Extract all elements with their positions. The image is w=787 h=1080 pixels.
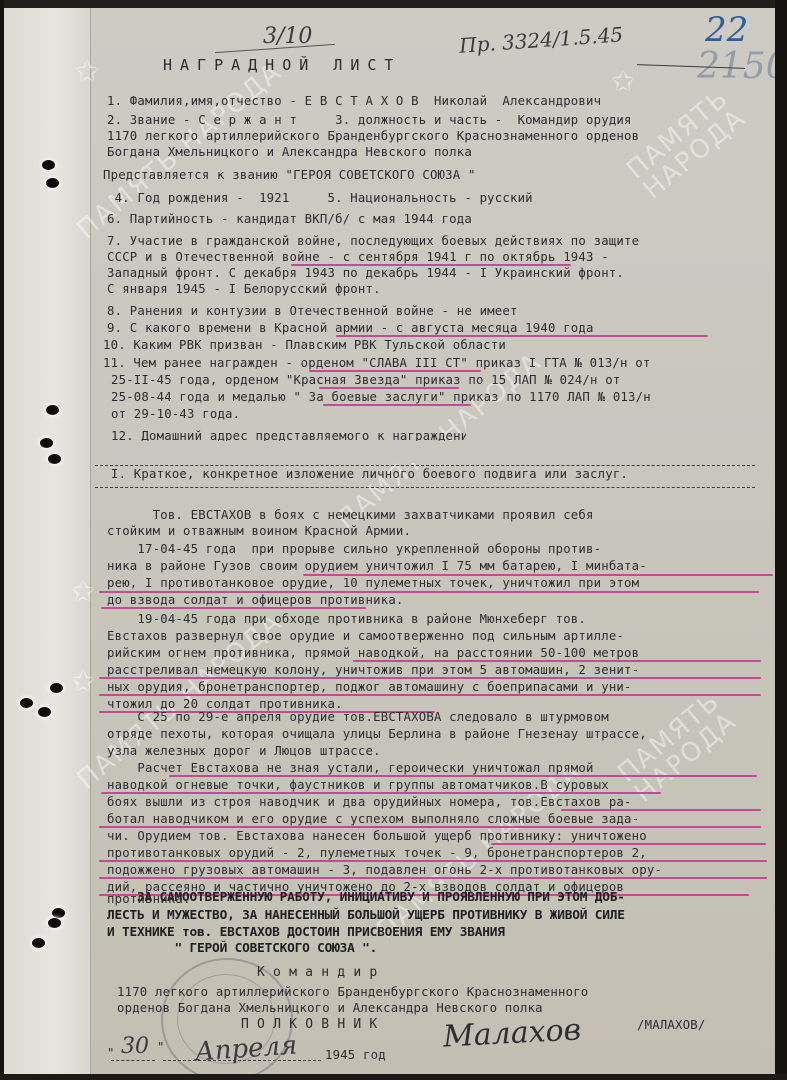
highlight-underline	[99, 877, 767, 879]
date-year: 1945 год	[325, 1048, 386, 1062]
punch-hole	[38, 707, 51, 717]
narrative-line: расстреливал немецкую колону, уничтожив …	[107, 663, 639, 677]
field-unit-line1: 1170 легкого артиллерийского Бранденбург…	[107, 129, 639, 143]
highlight-underline	[353, 660, 761, 662]
field-war-participation-1: 7. Участие в гражданской войне, последую…	[107, 234, 639, 248]
signature: Малахов	[442, 1012, 582, 1054]
punch-hole	[46, 405, 59, 415]
narrative-line: ботал наводчиком и его орудие с успехом …	[107, 812, 639, 826]
highlight-underline	[169, 775, 757, 777]
narrative-line: чи. Орудием тов. Евстахова нанесен больш…	[107, 829, 647, 843]
highlight-underline	[491, 843, 766, 845]
highlight-underline	[561, 809, 761, 811]
signatory-unit-line2: орденов Богдана Хмельницкого и Александр…	[117, 1001, 543, 1015]
section-heading: I. Краткое, конкретное изложение личного…	[111, 467, 628, 481]
punch-hole	[42, 160, 55, 170]
date-day: 30	[121, 1034, 149, 1059]
field-prior-awards-4: от 29-10-43 года.	[111, 407, 240, 421]
signatory-rank: П О Л К О В Н И К	[241, 1018, 377, 1032]
highlight-underline	[319, 387, 459, 389]
narrative-line: Евстахов развернул свое орудие и самоотв…	[107, 629, 624, 643]
signatory-name: /МАЛАХОВ/	[637, 1018, 705, 1032]
signatory-unit-line1: 1170 легкого артиллерийского Бранденбург…	[117, 985, 588, 999]
narrative-line: узла железных дорог и Люцов штрассе.	[107, 744, 381, 758]
highlight-underline	[99, 677, 761, 679]
conclusion-line: И ТЕХНИКЕ тов. ЕВСТАХОВ ДОСТОИН ПРИСВОЕН…	[107, 926, 505, 940]
highlight-underline	[101, 792, 661, 794]
narrative-line: ника в районе Гузов своим орудием уничто…	[107, 559, 647, 573]
narrative-line: подожжено грузовых автомашин - 3, подавл…	[107, 863, 662, 877]
narrative-line: боях вышли из строя наводчик и два оруди…	[107, 795, 632, 809]
conclusion-line: ЛЕСТЬ И МУЖЕСТВО, ЗА НАНЕСЕННЫЙ БОЛЬШОЙ …	[107, 909, 625, 923]
highlight-underline	[99, 826, 761, 828]
scan-border-right	[775, 0, 787, 1080]
watermark-star-icon: ✩	[71, 568, 95, 608]
punch-hole	[20, 698, 33, 708]
field-draft-office: 10. Каким РВК призван - Плавским РВК Тул…	[103, 338, 506, 352]
scan-border-top	[0, 0, 787, 8]
document-title: НАГРАДНОЙ ЛИСТ	[163, 56, 401, 74]
punch-hole	[50, 683, 63, 693]
punch-hole	[40, 438, 53, 448]
narrative-line: стойким и отважным воином Красной Армии.	[107, 524, 411, 538]
handwritten-order-ref: Пр. 3324/1.5.45	[458, 22, 623, 57]
field-unit-line2: Богдана Хмельницкого и Александра Невско…	[107, 145, 472, 159]
narrative-line: Тов. ЕВСТАХОВ в боях с немецкими захватч…	[107, 508, 594, 522]
award-sheet: ✩ ✩ ✩ ✩ ПАМЯТЬ НАРОДА ПАМЯТЬ НАРОДА ПАМЯ…	[90, 8, 776, 1074]
handwritten-blue-number: 22	[705, 10, 748, 50]
punch-hole	[32, 938, 45, 948]
watermark-star-icon: ✩	[75, 48, 99, 88]
field-nomination: Представляется к званию "ГЕРОЯ СОВЕТСКОГ…	[103, 168, 476, 182]
punch-hole	[48, 454, 61, 464]
highlight-underline	[336, 335, 708, 337]
highlight-underline	[99, 694, 761, 696]
narrative-line: 19-04-45 года при обходе противника в ра…	[107, 612, 586, 626]
field-war-participation-3: Западный фронт. С декабря 1943 по декабр…	[107, 266, 624, 280]
narrative-line: рею, I противотанковое орудие, 10 пулеме…	[107, 576, 639, 590]
field-birth-nationality: 4. Год рождения - 1921 5. Национальность…	[107, 191, 533, 205]
signatory-role: К о м а н д и р	[257, 966, 377, 980]
narrative-line: наводкой огневые точки, фаустников и гру…	[107, 778, 609, 792]
date-quote: "	[157, 1040, 165, 1054]
field-prior-awards-1: 11. Чем ранее награжден - орденом "СЛАВА…	[103, 356, 650, 370]
field-war-participation-4: С января 1945 - I Белорусский фронт.	[107, 282, 381, 296]
date-prefix: "	[107, 1046, 115, 1060]
divider-top	[95, 465, 755, 466]
date-day-line	[111, 1060, 155, 1061]
field-prior-awards-3: 25-08-44 года и медалью " За боевые засл…	[111, 390, 651, 404]
highlight-underline	[99, 860, 767, 862]
conclusion-line: ЗА САМООТВЕРЖЕННУЮ РАБОТУ, ИНИЦИАТИВУ И …	[107, 891, 625, 905]
scan-border-bottom	[0, 1074, 787, 1080]
highlight-underline	[309, 370, 481, 372]
punch-hole	[48, 918, 61, 928]
narrative-line: до взвода солдат и офицеров противника.	[107, 593, 404, 607]
highlight-underline	[323, 404, 471, 406]
punch-hole	[52, 908, 65, 918]
narrative-line: 17-04-45 года при прорыве сильно укрепле…	[107, 542, 601, 556]
field-prior-awards-2: 25-II-45 года, орденом "Красная Звезда" …	[111, 373, 620, 387]
punch-hole	[46, 178, 59, 188]
field-wounds: 8. Ранения и контузии в Отечественной во…	[107, 304, 518, 318]
redacted-address	[466, 419, 786, 441]
narrative-line: Расчет Евстахова не зная устали, героиче…	[107, 761, 594, 775]
narrative-line: отряде пехоты, которая очищала улицы Бер…	[107, 727, 647, 741]
watermark-star-icon: ✩	[611, 58, 635, 98]
narrative-line: чтожил до 20 солдат противника.	[107, 697, 343, 711]
field-rank-position: 2. Звание - С е р ж а н т 3. должность и…	[107, 113, 632, 127]
highlight-underline	[101, 607, 366, 609]
binding-strip	[4, 8, 90, 1074]
narrative-line: рийским огнем противника, прямой наводко…	[107, 646, 639, 660]
field-full-name: 1. Фамилия,имя,отчество - Е В С Т А Х О …	[107, 94, 601, 108]
divider-bottom	[95, 487, 755, 488]
field-party: 6. Партийность - кандидат ВКП/б/ с мая 1…	[107, 212, 472, 226]
narrative-line: С 25 по 29-е апреля орудие тов.ЕВСТАХОВА…	[107, 710, 609, 724]
narrative-line: ных орудия, бронетранспортер, поджог авт…	[107, 680, 632, 694]
date-month: Апреля	[194, 1030, 298, 1067]
watermark-star-icon: ✩	[71, 658, 95, 698]
redacted-address	[113, 441, 633, 463]
field-army-since: 9. С какого времени в Красной армии - с …	[107, 321, 594, 335]
date-month-line	[163, 1060, 321, 1061]
conclusion-line: " ГЕРОЙ СОВЕТСКОГО СОЮЗА ".	[107, 942, 377, 956]
field-war-participation-2: СССР и в Отечественной войне - с сентябр…	[107, 250, 609, 264]
narrative-line: противотанковых орудий - 2, пулеметных т…	[107, 846, 647, 860]
